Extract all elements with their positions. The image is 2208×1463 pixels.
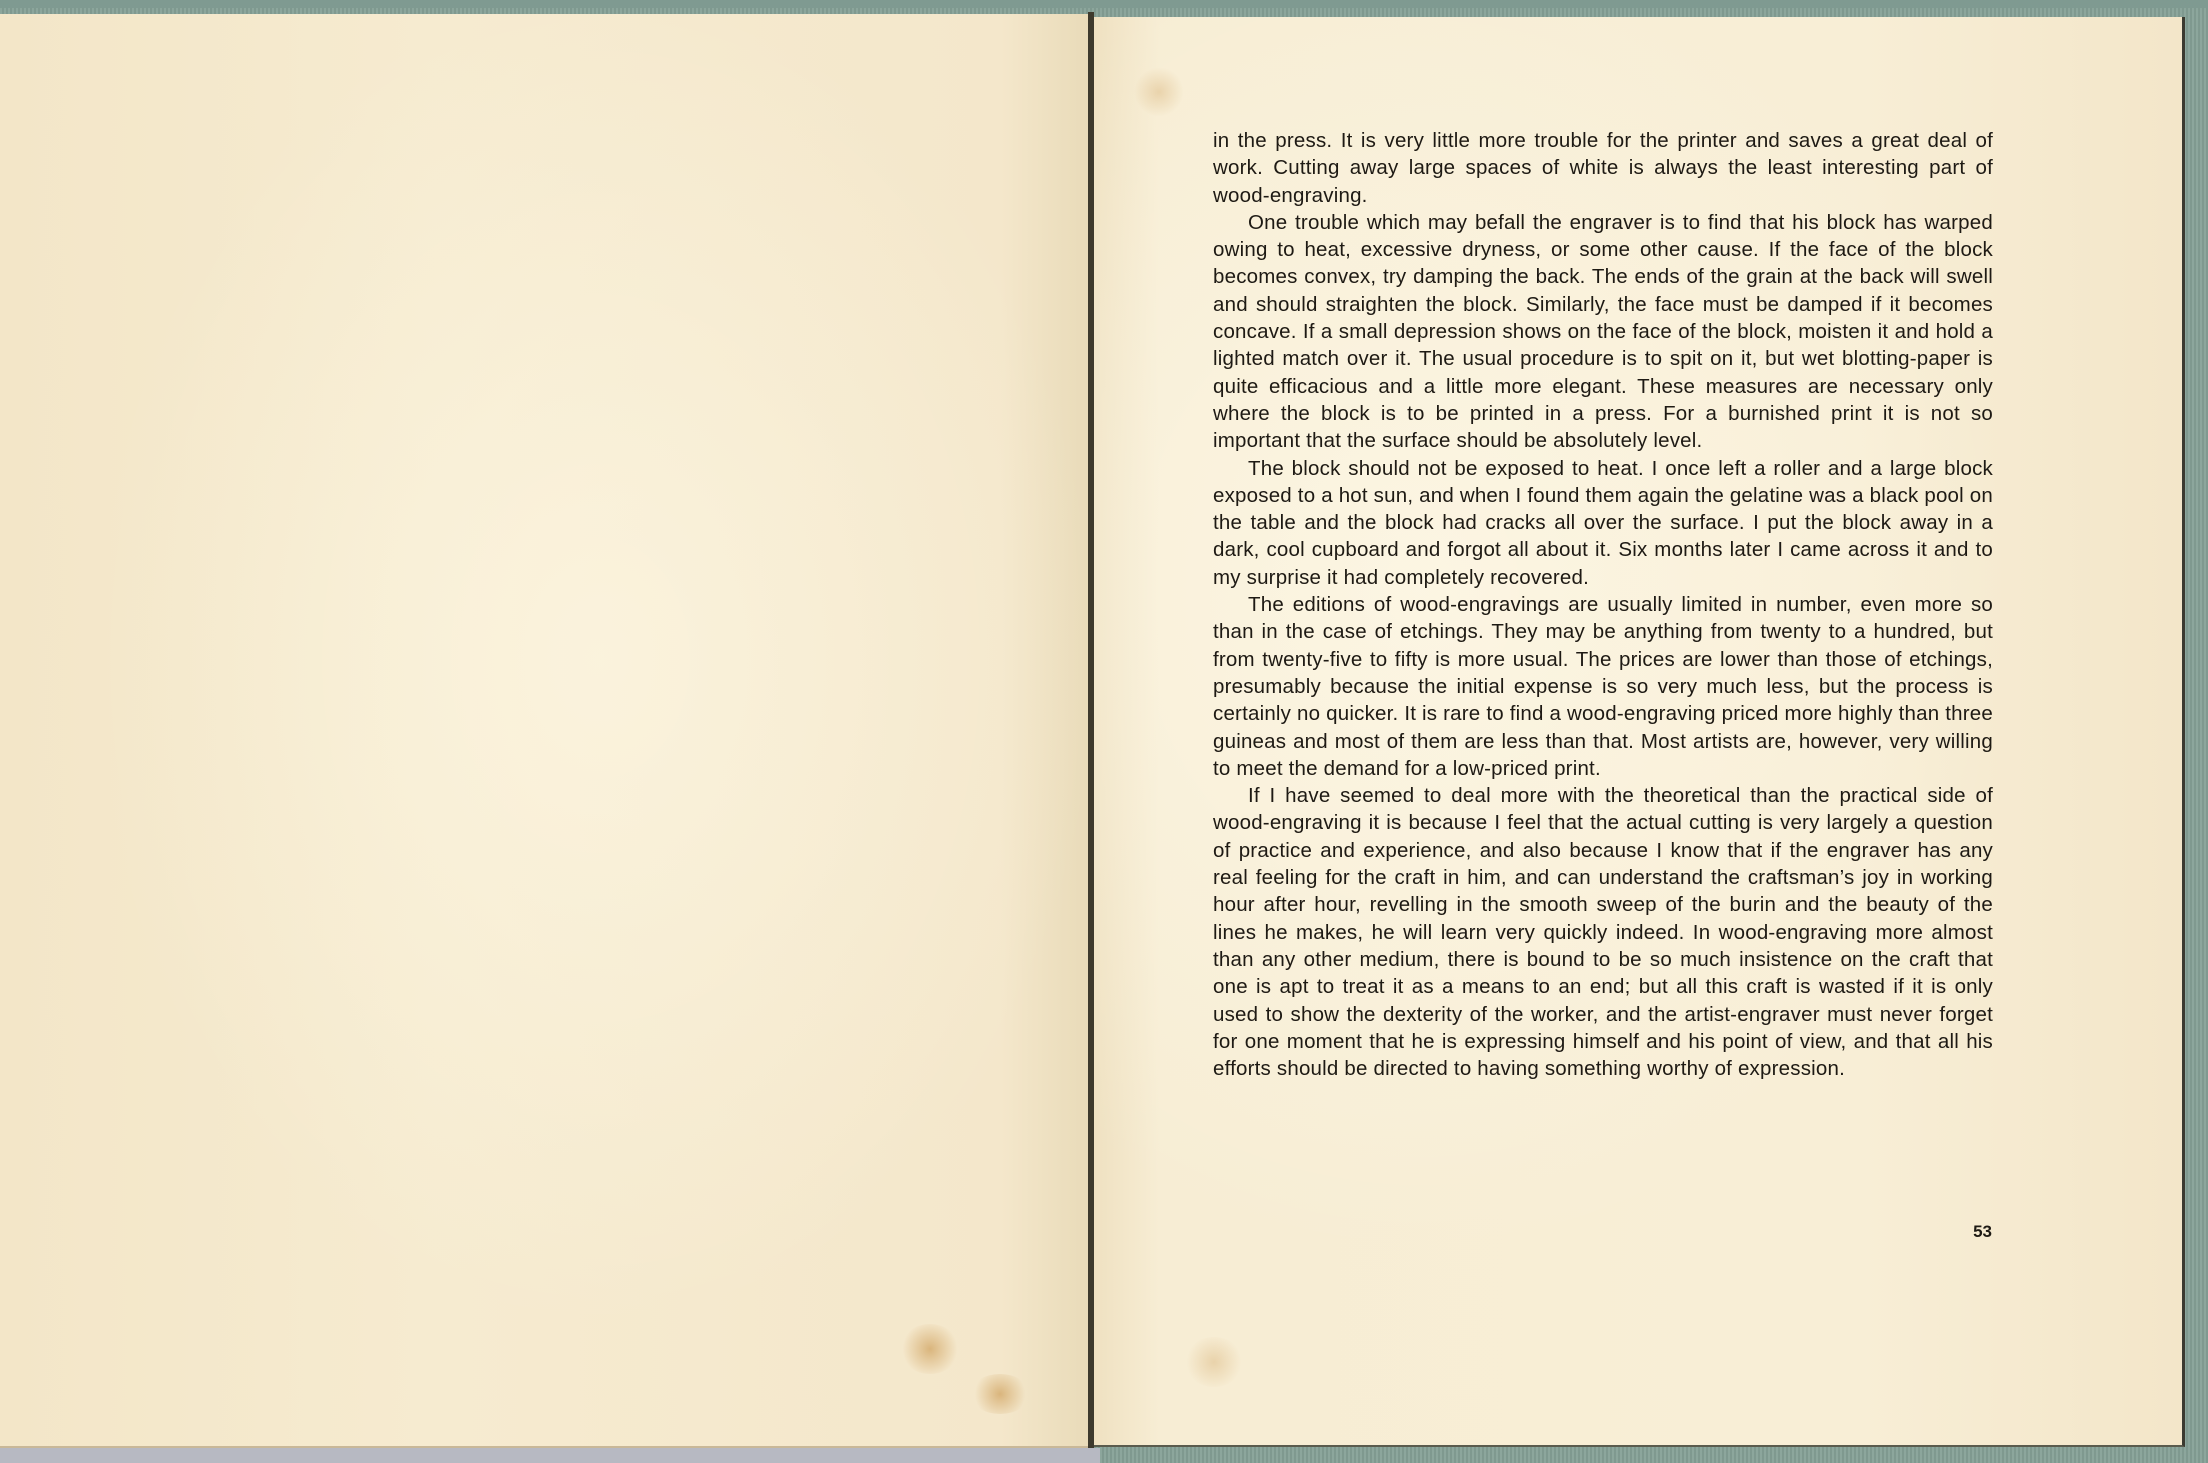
foxing-stain bbox=[970, 1374, 1030, 1414]
paragraph-warped-block: One trouble which may befall the engrave… bbox=[1213, 209, 1993, 455]
paragraph-editions-prices: The editions of wood-engravings are usua… bbox=[1213, 591, 1993, 782]
foxing-stain bbox=[1134, 67, 1184, 117]
paragraph-continued: in the press. It is very little more tro… bbox=[1213, 127, 1993, 209]
cover-top-edge bbox=[0, 0, 2208, 8]
left-page-blank bbox=[0, 14, 1088, 1448]
page-number: 53 bbox=[1960, 1222, 1992, 1242]
page-body-text: in the press. It is very little more tro… bbox=[1213, 127, 1993, 1082]
foxing-stain bbox=[900, 1324, 960, 1374]
foxing-stain bbox=[1184, 1337, 1244, 1387]
paragraph-conclusion: If I have seemed to deal more with the t… bbox=[1213, 782, 1993, 1082]
paragraph-heat-exposure: The block should not be exposed to heat.… bbox=[1213, 455, 1993, 591]
background-surface bbox=[0, 1448, 1100, 1463]
